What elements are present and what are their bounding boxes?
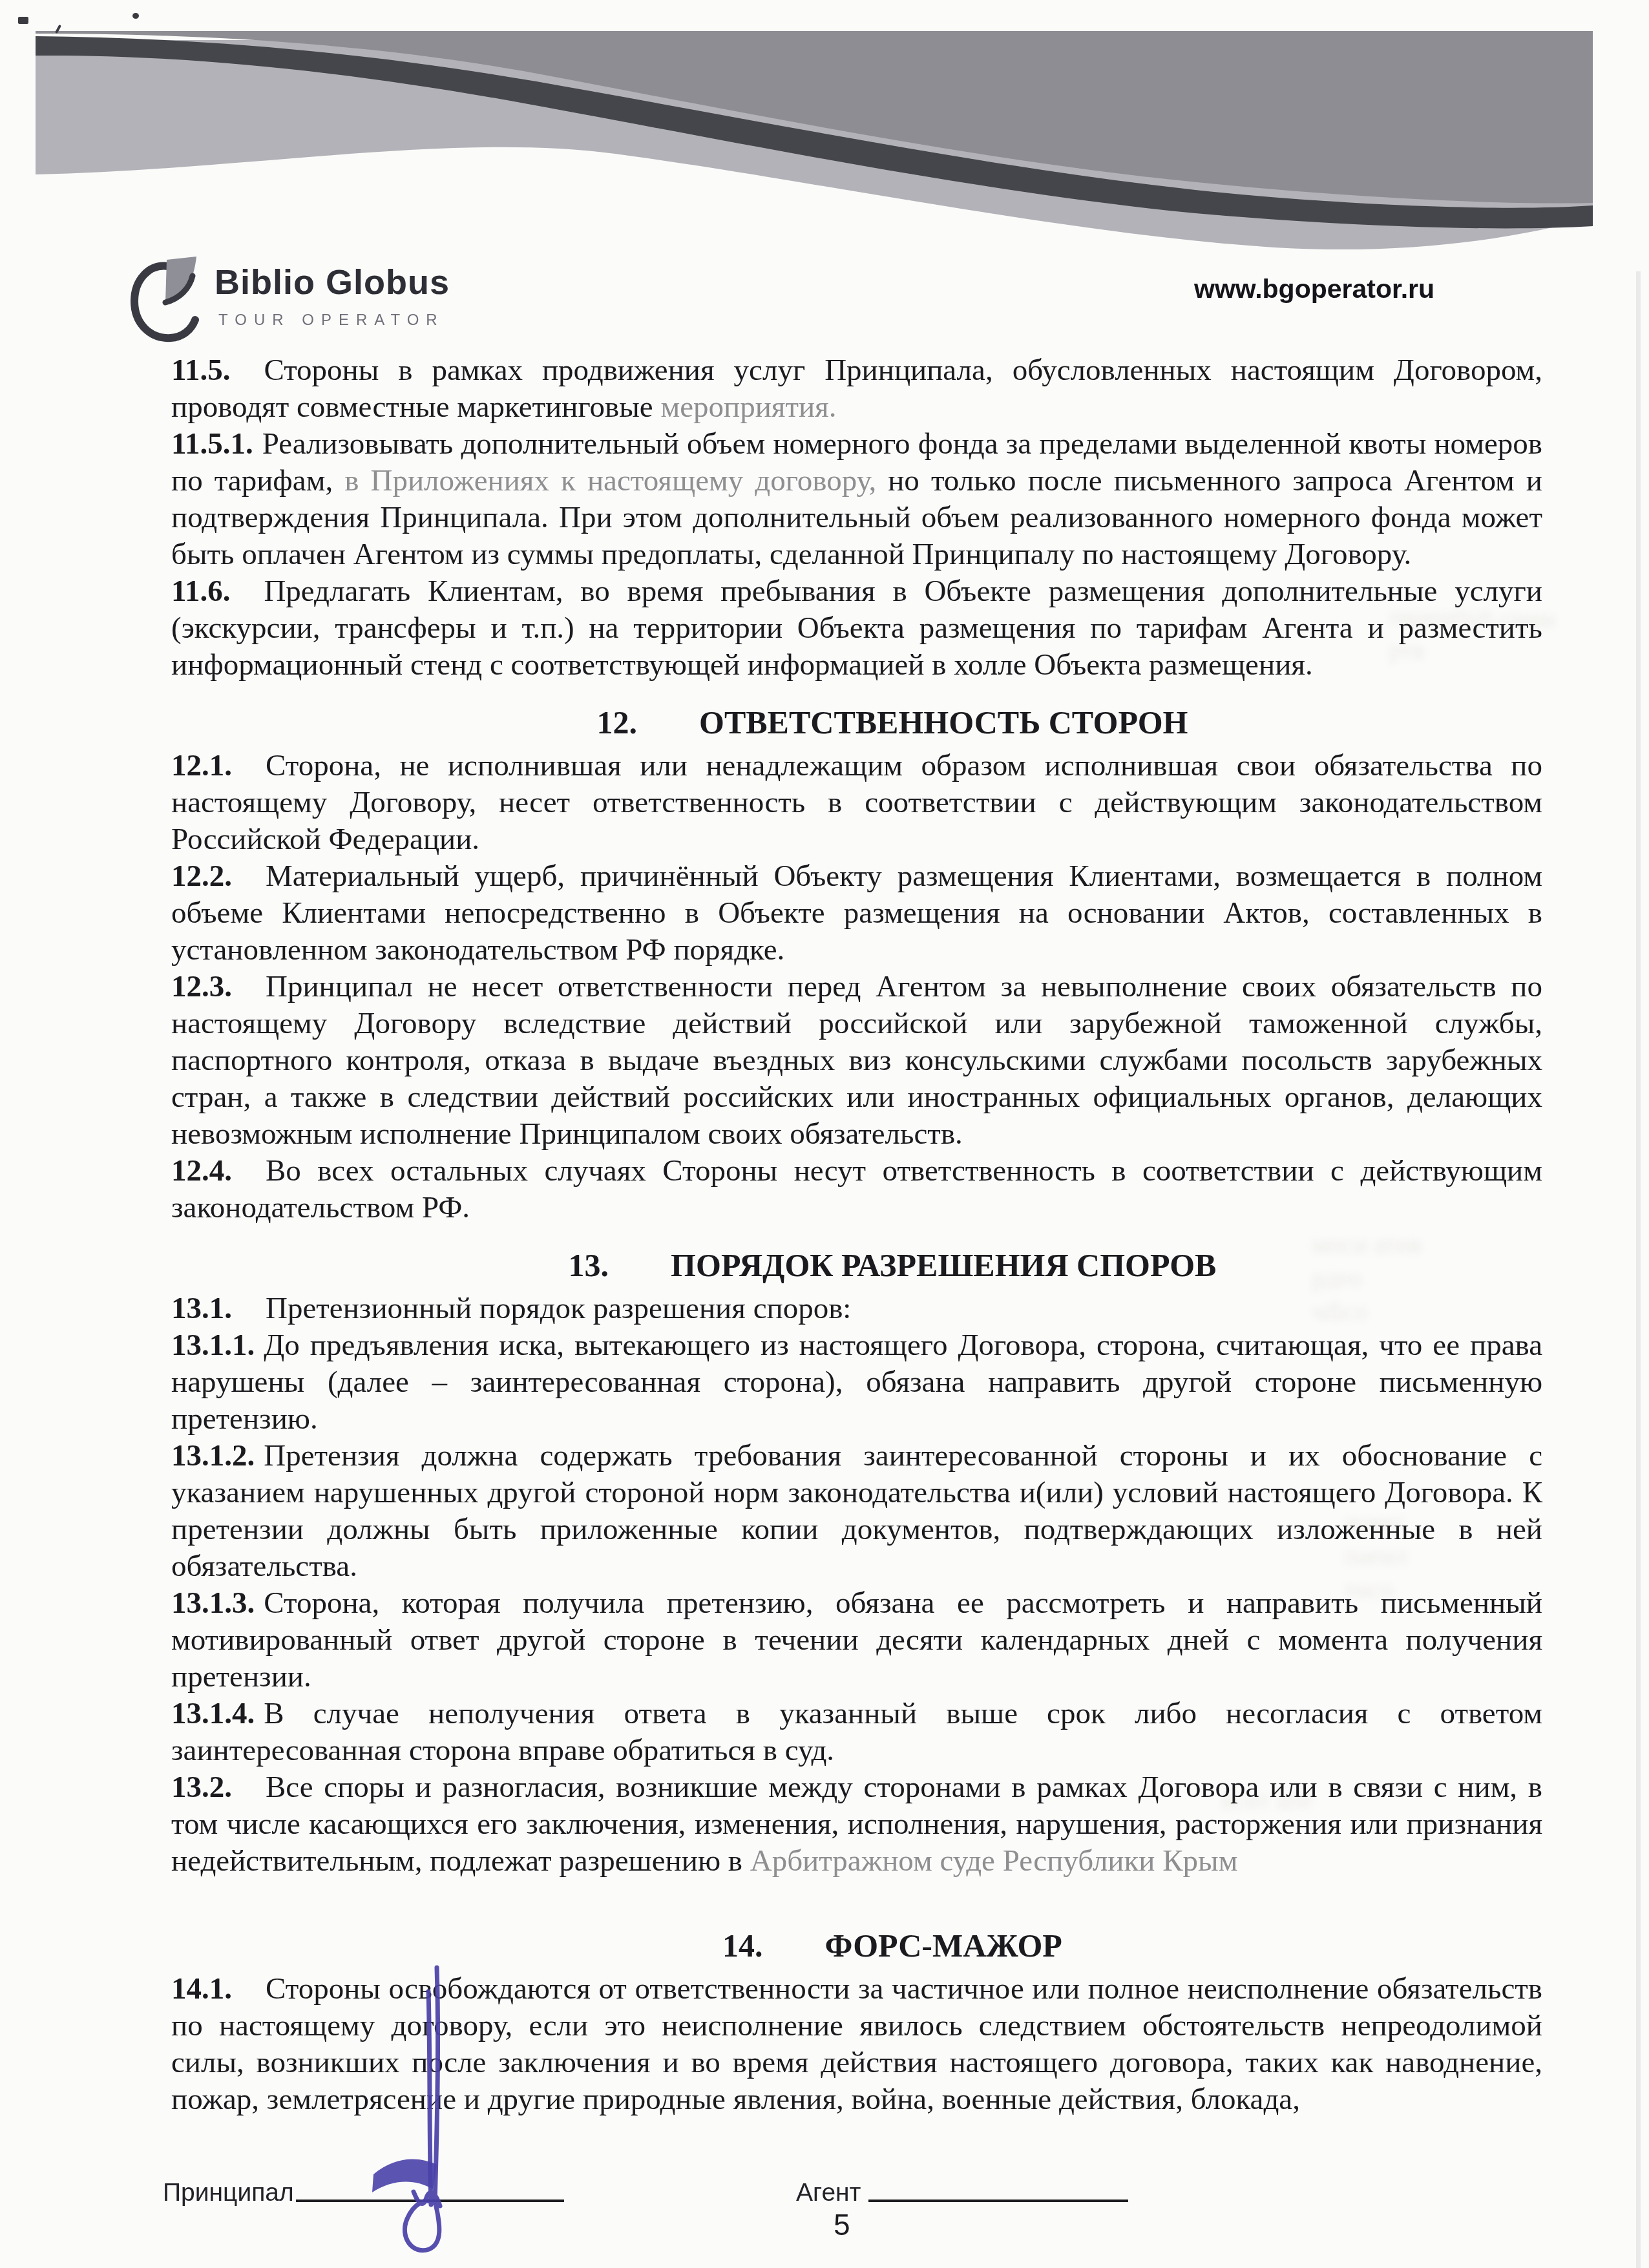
document-body: 11.5.Стороны в рамках продвижения услуг … — [171, 352, 1542, 2118]
clause-number: 13.2. — [171, 1770, 232, 1804]
section-title: ОТВЕТСТВЕННОСТЬ СТОРОН — [699, 704, 1188, 740]
clause-number: 12.2. — [171, 859, 232, 893]
clause-paragraph: 11.5.Стороны в рамках продвижения услуг … — [171, 352, 1542, 426]
clause-paragraph: 13.1.Претензионный порядок разрешения сп… — [171, 1290, 1542, 1327]
clause-paragraph: 11.5.1.Реализовывать дополнительный объе… — [171, 426, 1542, 573]
clause-paragraph: 12.2.Материальный ущерб, причинённый Объ… — [171, 858, 1542, 969]
section-title: ПОРЯДОК РАЗРЕШЕНИЯ СПОРОВ — [671, 1247, 1216, 1283]
section-number: 12. — [597, 704, 638, 740]
website-url: www.bgoperator.ru — [1194, 274, 1434, 304]
faded-text-run: мероприятия. — [660, 390, 836, 424]
section-number: 14. — [722, 1927, 763, 1964]
clause-paragraph: 11.6.Предлагать Клиентам, во время пребы… — [171, 573, 1542, 684]
clause-paragraph: 13.2.Все споры и разногласия, возникшие … — [171, 1769, 1542, 1880]
text-run: В случае неполучения ответа в указанный … — [171, 1697, 1542, 1767]
clause-number: 13.1.4. — [171, 1697, 255, 1730]
clause-paragraph: 12.3.Принципал не несет ответственности … — [171, 969, 1542, 1153]
text-run: Претензия должна содержать требования за… — [171, 1439, 1542, 1583]
faded-text-run: Арбитражном суде Республики Крым — [750, 1844, 1238, 1878]
text-run: Во всех остальных случаях Стороны несут … — [171, 1154, 1542, 1224]
scan-speck — [18, 17, 28, 24]
clause-number: 12.4. — [171, 1154, 232, 1188]
clause-number: 11.5.1. — [171, 427, 253, 461]
clause-number: 14.1. — [171, 1972, 232, 2006]
header-wave-banner — [0, 0, 1649, 278]
text-run: Принципал не несет ответственности перед… — [171, 970, 1542, 1151]
principal-label: Принципал — [163, 2179, 294, 2207]
brand-name: Biblio Globus — [215, 262, 450, 302]
biblio-globus-logo-icon — [128, 256, 200, 351]
wave-graphic — [0, 0, 1649, 278]
clause-paragraph: 13.1.1.До предъявления иска, вытекающего… — [171, 1327, 1542, 1438]
section-title: ФОРС-МАЖОР — [825, 1927, 1062, 1964]
section-number: 13. — [569, 1247, 609, 1283]
text-run: Стороны в рамках продвижения услуг Принц… — [171, 353, 1542, 424]
clause-paragraph: 13.1.2.Претензия должна содержать требов… — [171, 1438, 1542, 1585]
clause-number: 13.1.2. — [171, 1439, 255, 1473]
section-heading: 12.ОТВЕТСТВЕННОСТЬ СТОРОН — [207, 704, 1578, 741]
signature-ink — [310, 1951, 543, 2262]
clause-number: 12.3. — [171, 970, 232, 1003]
clause-paragraph: 12.4.Во всех остальных случаях Стороны н… — [171, 1153, 1542, 1226]
scan-speck — [132, 13, 139, 19]
text-run: Претензионный порядок разрешения споров: — [266, 1292, 851, 1325]
clause-number: 13.1.1. — [171, 1328, 255, 1362]
clause-number: 12.1. — [171, 749, 232, 782]
clause-paragraph: 12.1.Сторона, не исполнившая или ненадле… — [171, 748, 1542, 858]
clause-number: 11.6. — [171, 574, 230, 608]
agent-label: Агент — [796, 2179, 861, 2207]
agent-signature-line — [868, 2200, 1128, 2202]
section-heading: 13.ПОРЯДОК РАЗРЕШЕНИЯ СПОРОВ — [207, 1247, 1578, 1284]
clause-paragraph: 13.1.3.Сторона, которая получила претенз… — [171, 1585, 1542, 1696]
faded-text-run: в Приложениях к настоящему договору, — [344, 464, 876, 498]
clause-paragraph: 13.1.4.В случае неполучения ответа в ука… — [171, 1696, 1542, 1769]
scan-edge-streak — [1636, 271, 1641, 2268]
clause-number: 11.5. — [171, 353, 230, 387]
text-run: Материальный ущерб, причинённый Объекту … — [171, 859, 1542, 967]
text-run: Сторона, которая получила претензию, обя… — [171, 1586, 1542, 1694]
brand-subtitle: TOUR OPERATOR — [218, 311, 445, 330]
clause-number: 13.1.3. — [171, 1586, 255, 1620]
text-run: До предъявления иска, вытекающего из нас… — [171, 1328, 1542, 1436]
text-run: Сторона, не исполнившая или ненадлежащим… — [171, 749, 1542, 856]
text-run: Предлагать Клиентам, во время пребывания… — [171, 574, 1542, 682]
clause-number: 13.1. — [171, 1292, 232, 1325]
page-number: 5 — [834, 2207, 850, 2242]
